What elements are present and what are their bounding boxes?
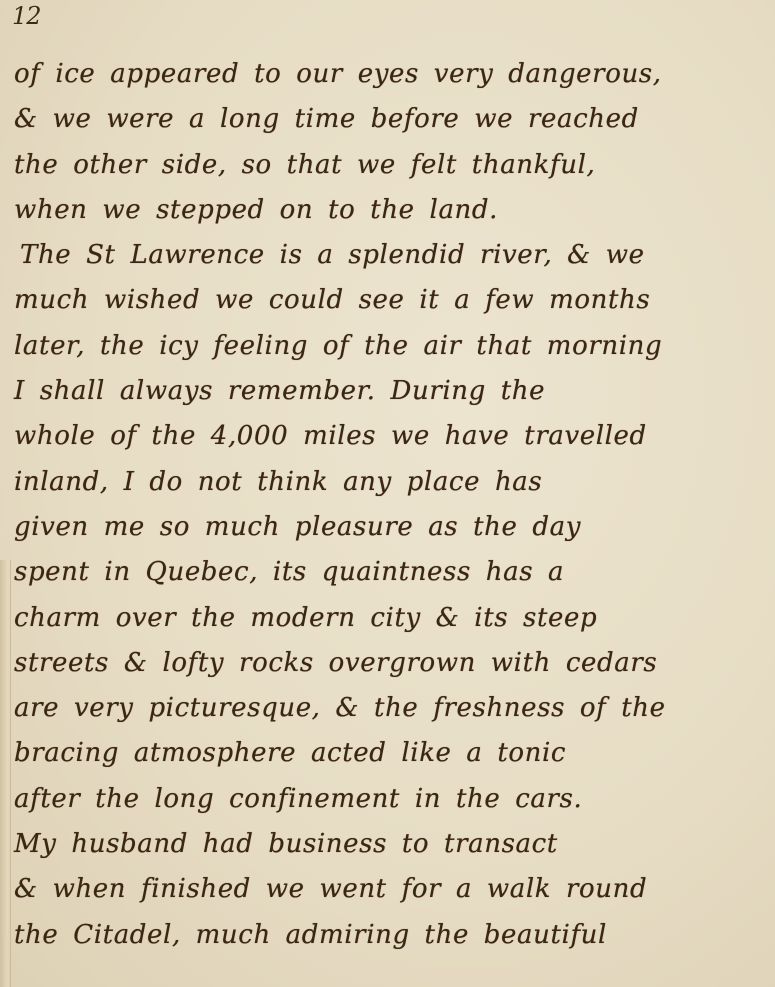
text-line: charm over the modern city & its steep xyxy=(14,596,769,641)
text-line: inland, I do not think any place has xyxy=(14,460,769,505)
text-line: & when finished we went for a walk round xyxy=(14,867,769,912)
text-line: much wished we could see it a few months xyxy=(14,278,769,323)
page-number: 12 xyxy=(12,2,41,30)
text-line: streets & lofty rocks overgrown with ced… xyxy=(14,641,769,686)
text-line: the Citadel, much admiring the beautiful xyxy=(14,913,769,958)
text-line: bracing atmosphere acted like a tonic xyxy=(14,731,769,776)
text-line: given me so much pleasure as the day xyxy=(14,505,769,550)
text-line: of ice appeared to our eyes very dangero… xyxy=(14,52,769,97)
manuscript-page: 12 of ice appeared to our eyes very dang… xyxy=(0,0,775,987)
text-line: after the long confinement in the cars. xyxy=(14,777,769,822)
handwritten-text: of ice appeared to our eyes very dangero… xyxy=(14,52,769,958)
text-line: I shall always remember. During the xyxy=(14,369,769,414)
text-line: spent in Quebec, its quaintness has a xyxy=(14,550,769,595)
text-line: later, the icy feeling of the air that m… xyxy=(14,324,769,369)
text-line: when we stepped on to the land. xyxy=(14,188,769,233)
text-line: The St Lawrence is a splendid river, & w… xyxy=(14,233,769,278)
text-line: whole of the 4,000 miles we have travell… xyxy=(14,414,769,459)
text-line: the other side, so that we felt thankful… xyxy=(14,143,769,188)
text-line: are very picturesque, & the freshness of… xyxy=(14,686,769,731)
text-line: My husband had business to transact xyxy=(14,822,769,867)
page-binding-edge xyxy=(0,560,11,987)
text-line: & we were a long time before we reached xyxy=(14,97,769,142)
